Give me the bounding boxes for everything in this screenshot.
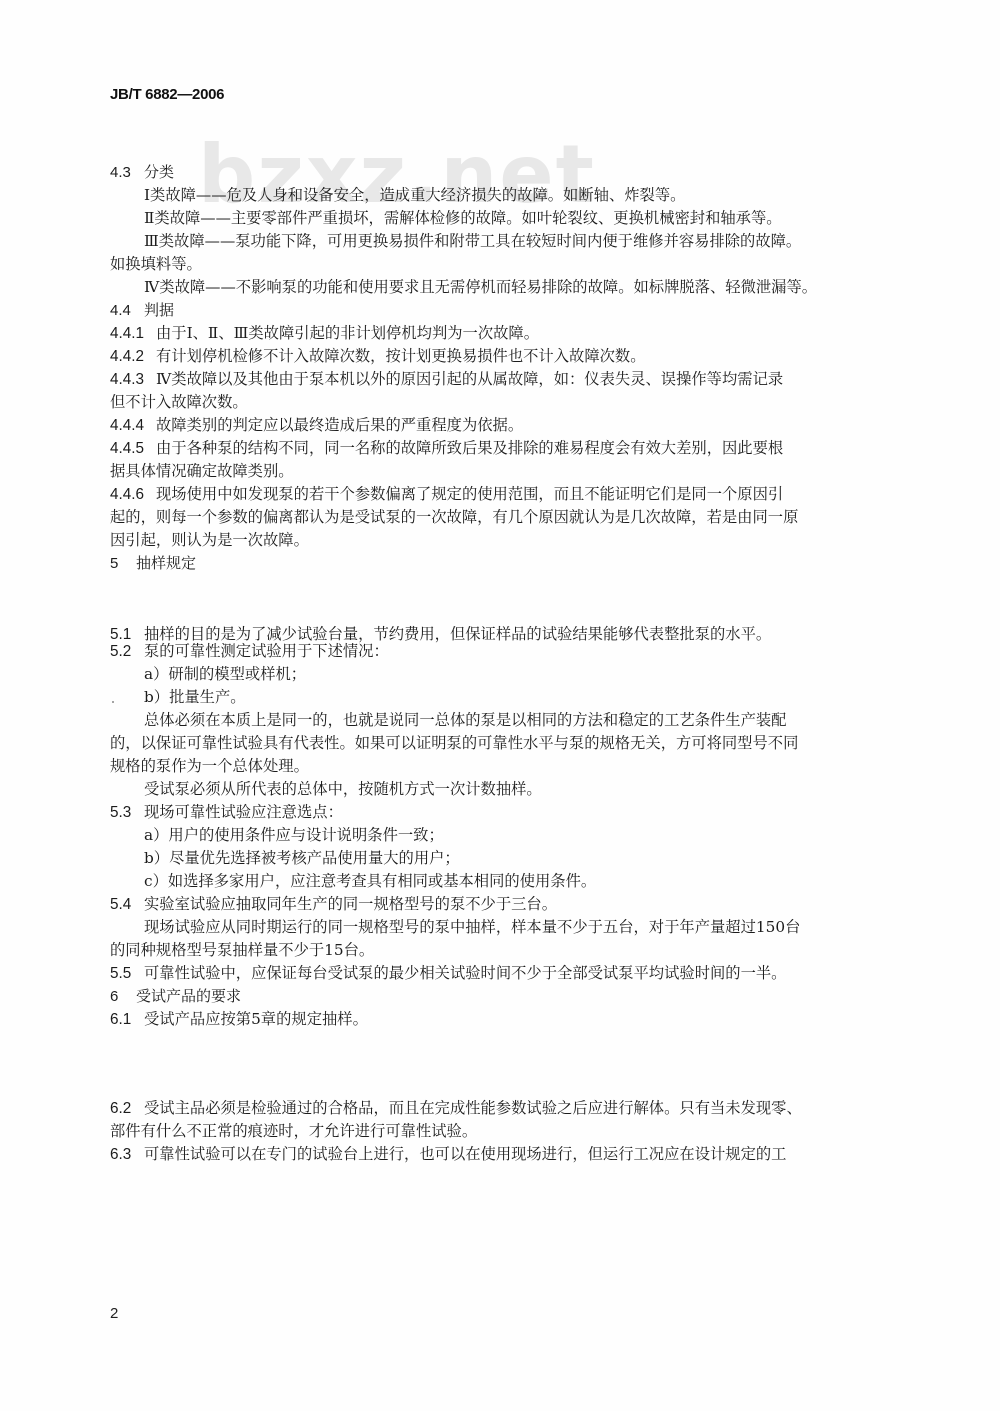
paragraph-line: 据具体情况确定故障类别。 bbox=[110, 461, 294, 481]
page-number: 2 bbox=[110, 1305, 118, 1322]
paragraph-line: 部件有什么不正常的痕迹时，才允许进行可靠性试验。 bbox=[110, 1121, 477, 1141]
line-text: 如换填料等。 bbox=[110, 255, 202, 273]
line-text: Ⅲ类故障——泵功能下降，可用更换易损件和附带工具在较短时间内便于维修并容易排除的… bbox=[144, 232, 801, 250]
scan-speck bbox=[112, 701, 114, 703]
line-text: 据具体情况确定故障类别。 bbox=[110, 462, 294, 480]
line-text: a）用户的使用条件应与设计说明条件一致； bbox=[144, 826, 444, 844]
paragraph-line: 6.2受试主品必须是检验通过的合格品，而且在完成性能参数试验之后应进行解体。只有… bbox=[110, 1098, 802, 1119]
paragraph-line: 的同种规格型号泵抽样量不少于15台。 bbox=[110, 940, 374, 960]
paragraph-line: Ⅲ类故障——泵功能下降，可用更换易损件和附带工具在较短时间内便于维修并容易排除的… bbox=[144, 231, 801, 251]
line-text: 受试产品应按第5章的规定抽样。 bbox=[144, 1010, 368, 1028]
clause-number: 6.1 bbox=[110, 1010, 144, 1030]
clause-number: 4.4 bbox=[110, 301, 144, 321]
clause-number: 4.4.2 bbox=[110, 347, 156, 367]
line-text: 分类 bbox=[144, 163, 174, 181]
paragraph-line: 受试泵必须从所代表的总体中，按随机方式一次计数抽样。 bbox=[144, 779, 542, 799]
paragraph-line: 4.4.5由于各种泵的结构不同，同一名称的故障所致后果及排除的难易程度会有效大差… bbox=[110, 438, 783, 459]
paragraph-line: 4.4.3Ⅳ类故障以及其他由于泵本机以外的原因引起的从属故障，如：仪表失灵、误操… bbox=[110, 369, 783, 390]
line-text: 起的，则每一个参数的偏离都认为是受试泵的一次故障，有几个原因就认为是几次故障，若… bbox=[110, 508, 798, 526]
paragraph-line: 4.4.4故障类别的判定应以最终造成后果的严重程度为依据。 bbox=[110, 415, 523, 436]
line-text: a）研制的模型或样机； bbox=[144, 665, 306, 683]
clause-number: 6.3 bbox=[110, 1145, 144, 1165]
clause-number: 5.5 bbox=[110, 964, 144, 984]
paragraph-line: a）用户的使用条件应与设计说明条件一致； bbox=[144, 825, 444, 845]
paragraph-line: b）批量生产。 bbox=[144, 687, 246, 707]
paragraph-line: Ⅱ类故障——主要零部件严重损坏，需解体检修的故障。如叶轮裂纹、更换机械密封和轴承… bbox=[144, 208, 782, 228]
clause-number: 4.4.6 bbox=[110, 485, 156, 505]
line-text: 受试主品必须是检验通过的合格品，而且在完成性能参数试验之后应进行解体。只有当未发… bbox=[144, 1099, 802, 1117]
line-text: 受试泵必须从所代表的总体中，按随机方式一次计数抽样。 bbox=[144, 780, 542, 798]
standard-number-header: JB/T 6882—2006 bbox=[110, 86, 224, 103]
clause-number: 4.4.3 bbox=[110, 370, 156, 390]
line-text: 的，以保证可靠性试验具有代表性。如果可以证明泵的可靠性水平与泵的规格无关，方可将… bbox=[110, 734, 798, 752]
paragraph-line: b）尽量优先选择被考核产品使用量大的用户； bbox=[144, 848, 460, 868]
section-heading: 5抽样规定 bbox=[110, 553, 196, 574]
line-text: 现场使用中如发现泵的若干个参数偏离了规定的使用范围，而且不能证明它们是同一个原因… bbox=[156, 485, 783, 503]
paragraph-line: 起的，则每一个参数的偏离都认为是受试泵的一次故障，有几个原因就认为是几次故障，若… bbox=[110, 507, 798, 527]
line-text: b）尽量优先选择被考核产品使用量大的用户； bbox=[144, 849, 460, 867]
clause-number: 4.4.1 bbox=[110, 324, 156, 344]
line-text: Ⅰ类故障——危及人身和设备安全，造成重大经济损失的故障。如断轴、炸裂等。 bbox=[144, 186, 685, 204]
paragraph-line: 4.4.1由于Ⅰ、Ⅱ、Ⅲ类故障引起的非计划停机均判为一次故障。 bbox=[110, 323, 539, 344]
paragraph-line: 4.4.6现场使用中如发现泵的若干个参数偏离了规定的使用范围，而且不能证明它们是… bbox=[110, 484, 783, 505]
line-text: 有计划停机检修不计入故障次数，按计划更换易损件也不计入故障次数。 bbox=[156, 347, 646, 365]
document-page: JB/T 6882—2006 bzxz.net 4.3分类Ⅰ类故障——危及人身和… bbox=[0, 0, 1000, 1411]
paragraph-line: 5.3现场可靠性试验应注意选点： bbox=[110, 802, 343, 823]
paragraph-line: 但不计入故障次数。 bbox=[110, 392, 248, 412]
paragraph-line: 如换填料等。 bbox=[110, 254, 202, 274]
line-text: Ⅱ类故障——主要零部件严重损坏，需解体检修的故障。如叶轮裂纹、更换机械密封和轴承… bbox=[144, 209, 782, 227]
paragraph-line: 规格的泵作为一个总体处理。 bbox=[110, 756, 309, 776]
line-text: 实验室试验应抽取同年生产的同一规格型号的泵不少于三台。 bbox=[144, 895, 557, 913]
line-text: 判据 bbox=[144, 301, 174, 319]
paragraph-line: 5.5可靠性试验中，应保证每台受试泵的最少相关试验时间不少于全部受试泵平均试验时… bbox=[110, 963, 786, 984]
line-text: 可靠性试验可以在专门的试验台上进行，也可以在使用现场进行，但运行工况应在设计规定… bbox=[144, 1145, 786, 1163]
line-text: 因引起，则认为是一次故障。 bbox=[110, 531, 309, 549]
line-text: 泵的可靠性测定试验用于下述情况： bbox=[144, 642, 389, 660]
paragraph-line: Ⅰ类故障——危及人身和设备安全，造成重大经济损失的故障。如断轴、炸裂等。 bbox=[144, 185, 685, 205]
line-text: 总体必须在本质上是同一的，也就是说同一总体的泵是以相同的方法和稳定的工艺条件生产… bbox=[144, 711, 786, 729]
paragraph-line: a）研制的模型或样机； bbox=[144, 664, 306, 684]
line-text: Ⅳ类故障——不影响泵的功能和使用要求且无需停机而轻易排除的故障。如标牌脱落、轻微… bbox=[144, 278, 817, 296]
paragraph-line: 总体必须在本质上是同一的，也就是说同一总体的泵是以相同的方法和稳定的工艺条件生产… bbox=[144, 710, 786, 730]
line-text: 可靠性试验中，应保证每台受试泵的最少相关试验时间不少于全部受试泵平均试验时间的一… bbox=[144, 964, 786, 982]
line-text: b）批量生产。 bbox=[144, 688, 246, 706]
line-text: c）如选择多家用户，应注意考查具有相同或基本相同的使用条件。 bbox=[144, 872, 596, 890]
line-text: 受试产品的要求 bbox=[136, 987, 241, 1005]
paragraph-line: 因引起，则认为是一次故障。 bbox=[110, 530, 309, 550]
clause-number: 4.3 bbox=[110, 163, 144, 183]
clause-number: 5.3 bbox=[110, 803, 144, 823]
line-text: 由于各种泵的结构不同，同一名称的故障所致后果及排除的难易程度会有效大差别，因此要… bbox=[156, 439, 783, 457]
section-heading: 6受试产品的要求 bbox=[110, 986, 241, 1007]
paragraph-line: 5.2泵的可靠性测定试验用于下述情况： bbox=[110, 641, 389, 662]
clause-number: 5.2 bbox=[110, 642, 144, 662]
line-text: 故障类别的判定应以最终造成后果的严重程度为依据。 bbox=[156, 416, 523, 434]
section-heading: 4.4判据 bbox=[110, 300, 174, 321]
paragraph-line: 6.3可靠性试验可以在专门的试验台上进行，也可以在使用现场进行，但运行工况应在设… bbox=[110, 1144, 786, 1165]
paragraph-line: 5.4实验室试验应抽取同年生产的同一规格型号的泵不少于三台。 bbox=[110, 894, 557, 915]
line-text: 现场试验应从同时期运行的同一规格型号的泵中抽样，样本量不少于五台，对于年产量超过… bbox=[144, 918, 800, 936]
line-text: 部件有什么不正常的痕迹时，才允许进行可靠性试验。 bbox=[110, 1122, 477, 1140]
line-text: 但不计入故障次数。 bbox=[110, 393, 248, 411]
clause-number: 4.4.4 bbox=[110, 416, 156, 436]
paragraph-line: 6.1受试产品应按第5章的规定抽样。 bbox=[110, 1009, 368, 1030]
paragraph-line: Ⅳ类故障——不影响泵的功能和使用要求且无需停机而轻易排除的故障。如标牌脱落、轻微… bbox=[144, 277, 817, 297]
line-text: 抽样规定 bbox=[136, 554, 196, 572]
section-heading: 4.3分类 bbox=[110, 162, 174, 183]
clause-number: 6.2 bbox=[110, 1099, 144, 1119]
clause-number: 6 bbox=[110, 987, 136, 1007]
clause-number: 4.4.5 bbox=[110, 439, 156, 459]
line-text: 的同种规格型号泵抽样量不少于15台。 bbox=[110, 941, 374, 959]
clause-number: 5.4 bbox=[110, 895, 144, 915]
paragraph-line: 4.4.2有计划停机检修不计入故障次数，按计划更换易损件也不计入故障次数。 bbox=[110, 346, 646, 367]
paragraph-line: c）如选择多家用户，应注意考查具有相同或基本相同的使用条件。 bbox=[144, 871, 596, 891]
line-text: 规格的泵作为一个总体处理。 bbox=[110, 757, 309, 775]
line-text: 由于Ⅰ、Ⅱ、Ⅲ类故障引起的非计划停机均判为一次故障。 bbox=[156, 324, 539, 342]
paragraph-line: 的，以保证可靠性试验具有代表性。如果可以证明泵的可靠性水平与泵的规格无关，方可将… bbox=[110, 733, 798, 753]
line-text: Ⅳ类故障以及其他由于泵本机以外的原因引起的从属故障，如：仪表失灵、误操作等均需记… bbox=[156, 370, 783, 388]
line-text: 现场可靠性试验应注意选点： bbox=[144, 803, 343, 821]
paragraph-line: 现场试验应从同时期运行的同一规格型号的泵中抽样，样本量不少于五台，对于年产量超过… bbox=[144, 917, 800, 937]
clause-number: 5 bbox=[110, 554, 136, 574]
